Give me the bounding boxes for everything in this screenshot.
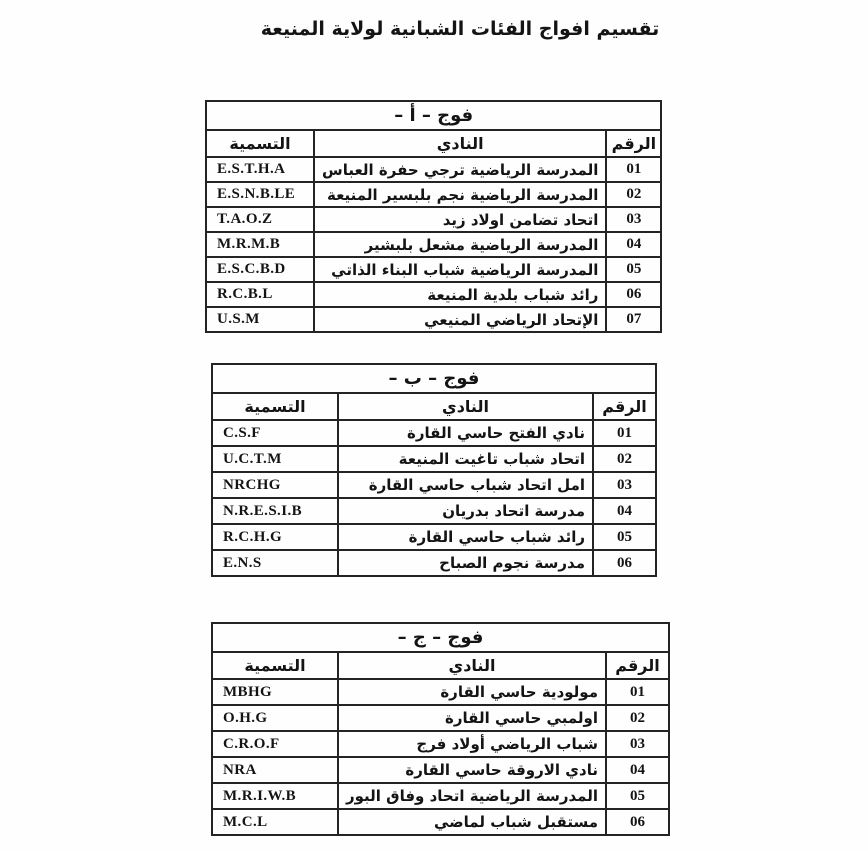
column-header-row: الرقم النادي التسمية <box>212 652 669 679</box>
column-header-designation: التسمية <box>212 393 338 420</box>
cell-designation: E.S.N.B.LE <box>206 182 314 207</box>
column-header-number: الرقم <box>606 130 661 157</box>
cell-club: الإتحاد الرياضي المنيعي <box>314 307 606 332</box>
table-row: 01 المدرسة الرياضية ترجي حفرة العباس E.S… <box>206 157 661 182</box>
scanned-document-page: تقسيم افواج الفئات الشبانية لولاية المني… <box>0 0 868 850</box>
group-title-row: فوج – ج – <box>212 623 669 652</box>
cell-number: 03 <box>606 731 669 757</box>
cell-number: 05 <box>606 783 669 809</box>
cell-club: المدرسة الرياضية شباب البناء الذاتي <box>314 257 606 282</box>
cell-designation: C.R.O.F <box>212 731 338 757</box>
cell-club: اولمبي حاسي القارة <box>338 705 606 731</box>
cell-designation: M.R.M.B <box>206 232 314 257</box>
cell-number: 04 <box>606 232 661 257</box>
cell-number: 07 <box>606 307 661 332</box>
table-row: 06 مدرسة نجوم الصباح E.N.S <box>212 550 656 576</box>
table-row: 06 مستقبل شباب لماضي M.C.L <box>212 809 669 835</box>
table-row: 02 اتحاد شباب تاغيت المنيعة U.C.T.M <box>212 446 656 472</box>
cell-number: 06 <box>593 550 656 576</box>
cell-club: اتحاد شباب تاغيت المنيعة <box>338 446 593 472</box>
cell-designation: E.N.S <box>212 550 338 576</box>
cell-number: 03 <box>606 207 661 232</box>
cell-number: 05 <box>593 524 656 550</box>
cell-designation: R.C.B.L <box>206 282 314 307</box>
table-row: 02 اولمبي حاسي القارة O.H.G <box>212 705 669 731</box>
cell-number: 02 <box>593 446 656 472</box>
table-row: 04 مدرسة اتحاد بدريان N.R.E.S.I.B <box>212 498 656 524</box>
cell-number: 06 <box>606 282 661 307</box>
column-header-club: النادي <box>338 652 606 679</box>
table-row: 03 اتحاد تضامن اولاد زيد T.A.O.Z <box>206 207 661 232</box>
table-row: 04 المدرسة الرياضية مشعل بلبشير M.R.M.B <box>206 232 661 257</box>
table-row: 05 المدرسة الرياضية اتحاد وفاق البور M.R… <box>212 783 669 809</box>
group-c-title: فوج – ج – <box>212 623 669 652</box>
column-header-row: الرقم النادي التسمية <box>206 130 661 157</box>
cell-designation: U.S.M <box>206 307 314 332</box>
cell-number: 01 <box>606 157 661 182</box>
cell-number: 01 <box>593 420 656 446</box>
cell-club: مستقبل شباب لماضي <box>338 809 606 835</box>
cell-club: المدرسة الرياضية ترجي حفرة العباس <box>314 157 606 182</box>
cell-number: 02 <box>606 182 661 207</box>
cell-number: 05 <box>606 257 661 282</box>
table-row: 01 مولودية حاسي القارة MBHG <box>212 679 669 705</box>
group-c-table: فوج – ج – الرقم النادي التسمية 01 مولودي… <box>211 622 670 836</box>
group-a-table: فوج – أ – الرقم النادي التسمية 01 المدرس… <box>205 100 662 333</box>
cell-designation: M.R.I.W.B <box>212 783 338 809</box>
table-row: 05 المدرسة الرياضية شباب البناء الذاتي E… <box>206 257 661 282</box>
cell-club: مدرسة نجوم الصباح <box>338 550 593 576</box>
cell-designation: M.C.L <box>212 809 338 835</box>
cell-designation: C.S.F <box>212 420 338 446</box>
cell-number: 04 <box>593 498 656 524</box>
group-a-title: فوج – أ – <box>206 101 661 130</box>
cell-designation: U.C.T.M <box>212 446 338 472</box>
column-header-number: الرقم <box>593 393 656 420</box>
group-title-row: فوج – ب – <box>212 364 656 393</box>
column-header-club: النادي <box>314 130 606 157</box>
column-header-row: الرقم النادي التسمية <box>212 393 656 420</box>
cell-club: شباب الرياضي أولاد فرج <box>338 731 606 757</box>
cell-club: المدرسة الرياضية نجم بلبسير المنيعة <box>314 182 606 207</box>
cell-club: المدرسة الرياضية مشعل بلبشير <box>314 232 606 257</box>
cell-designation: NRA <box>212 757 338 783</box>
table-row: 07 الإتحاد الرياضي المنيعي U.S.M <box>206 307 661 332</box>
cell-club: مدرسة اتحاد بدريان <box>338 498 593 524</box>
table-row: 06 رائد شباب بلدية المنيعة R.C.B.L <box>206 282 661 307</box>
page-title: تقسيم افواج الفئات الشبانية لولاية المني… <box>0 18 868 40</box>
cell-designation: R.C.H.G <box>212 524 338 550</box>
table-row: 02 المدرسة الرياضية نجم بلبسير المنيعة E… <box>206 182 661 207</box>
cell-club: نادي الاروقة حاسي القارة <box>338 757 606 783</box>
cell-number: 03 <box>593 472 656 498</box>
cell-club: مولودية حاسي القارة <box>338 679 606 705</box>
cell-number: 04 <box>606 757 669 783</box>
column-header-designation: التسمية <box>212 652 338 679</box>
column-header-club: النادي <box>338 393 593 420</box>
cell-club: المدرسة الرياضية اتحاد وفاق البور <box>338 783 606 809</box>
cell-designation: E.S.T.H.A <box>206 157 314 182</box>
cell-designation: E.S.C.B.D <box>206 257 314 282</box>
cell-number: 02 <box>606 705 669 731</box>
cell-club: نادي الفتح حاسي القارة <box>338 420 593 446</box>
cell-designation: NRCHG <box>212 472 338 498</box>
cell-designation: MBHG <box>212 679 338 705</box>
column-header-designation: التسمية <box>206 130 314 157</box>
table-row: 04 نادي الاروقة حاسي القارة NRA <box>212 757 669 783</box>
cell-club: رائد شباب حاسي القارة <box>338 524 593 550</box>
group-b-table: فوج – ب – الرقم النادي التسمية 01 نادي ا… <box>211 363 657 577</box>
group-b-title: فوج – ب – <box>212 364 656 393</box>
cell-club: اتحاد تضامن اولاد زيد <box>314 207 606 232</box>
cell-designation: T.A.O.Z <box>206 207 314 232</box>
table-row: 01 نادي الفتح حاسي القارة C.S.F <box>212 420 656 446</box>
cell-designation: N.R.E.S.I.B <box>212 498 338 524</box>
cell-number: 01 <box>606 679 669 705</box>
column-header-number: الرقم <box>606 652 669 679</box>
table-row: 03 امل اتحاد شباب حاسي القارة NRCHG <box>212 472 656 498</box>
cell-number: 06 <box>606 809 669 835</box>
cell-club: امل اتحاد شباب حاسي القارة <box>338 472 593 498</box>
table-row: 03 شباب الرياضي أولاد فرج C.R.O.F <box>212 731 669 757</box>
group-title-row: فوج – أ – <box>206 101 661 130</box>
table-row: 05 رائد شباب حاسي القارة R.C.H.G <box>212 524 656 550</box>
cell-designation: O.H.G <box>212 705 338 731</box>
cell-club: رائد شباب بلدية المنيعة <box>314 282 606 307</box>
